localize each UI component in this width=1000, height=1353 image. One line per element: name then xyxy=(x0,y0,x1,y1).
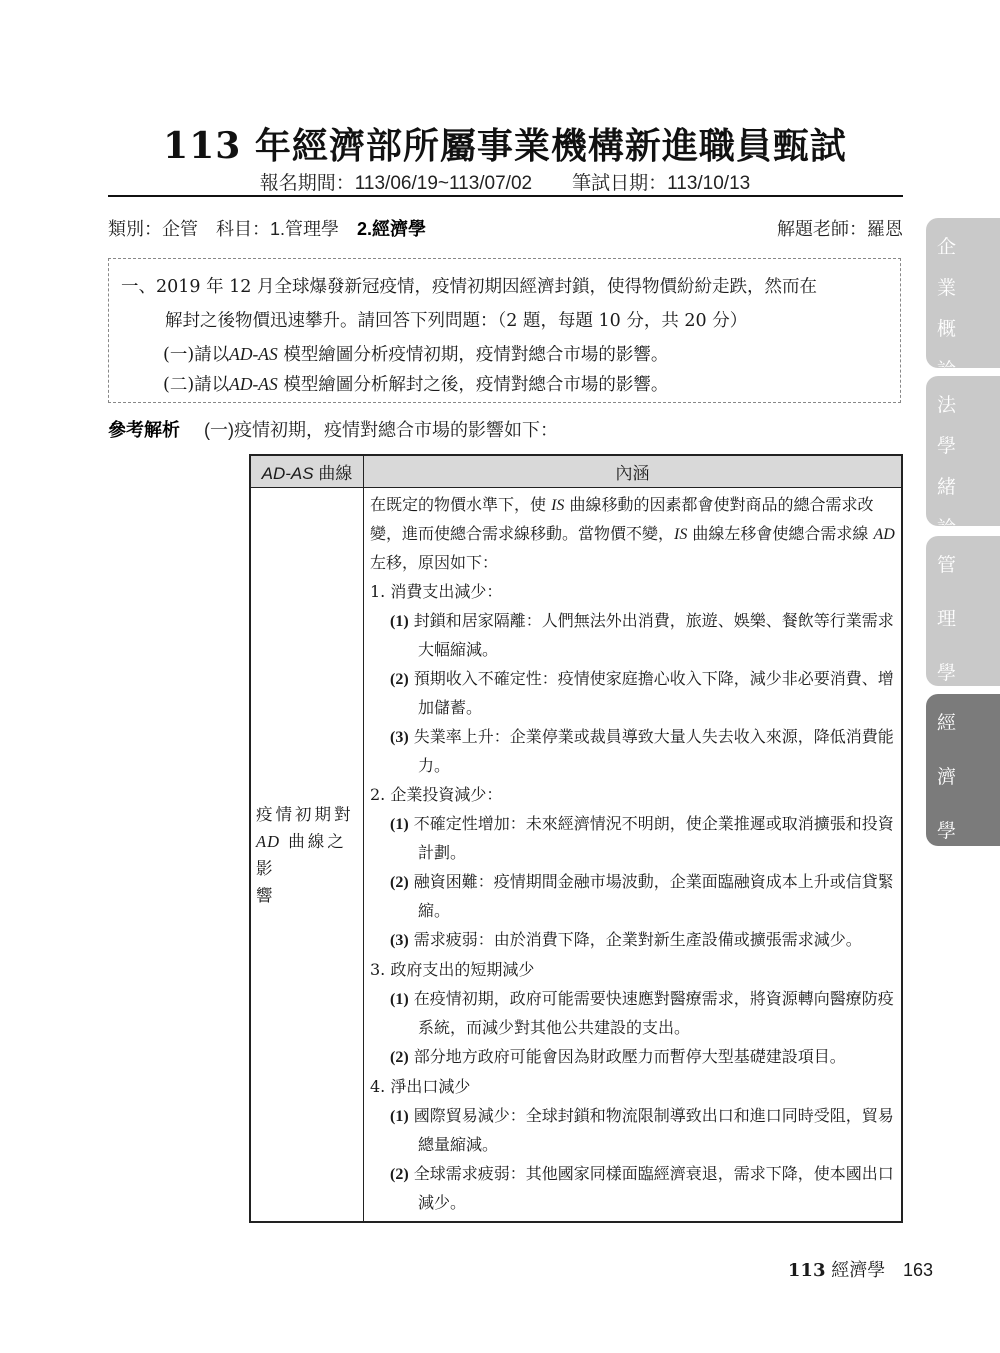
question-part-2: (二)請以AD-AS 模型繪圖分析解封之後，疫情對總合市場的影響。 xyxy=(163,371,668,396)
page-number: 163 xyxy=(903,1260,933,1280)
list-item: (3) 失業率上升：企業停業或裁員導致大量人失去收入來源，降低消費能力。 xyxy=(370,723,895,780)
exam-date: 筆試日期：113/10/13 xyxy=(572,168,750,195)
tab-business-overview[interactable]: 企業概論 xyxy=(926,218,1000,368)
question-line-1: 一、2019 年 12 月全球爆發新冠疫情，疫情初期因經濟封鎖，使得物價紛紛走跌… xyxy=(121,273,817,298)
list-item: (1) 在疫情初期，政府可能需要快速應對醫療需求，將資源轉向醫療防疫系統，而減少… xyxy=(370,985,895,1042)
section-heading: 1. 消費支出減少： xyxy=(370,578,895,606)
column-header-curve: AD-AS 曲線 xyxy=(250,455,364,488)
page-footer: 113 經濟學 163 xyxy=(788,1256,933,1282)
reference-label: 參考解析 xyxy=(108,420,180,440)
footer-subject: 經濟學 xyxy=(831,1260,885,1280)
list-item: (1) 封鎖和居家隔離：人們無法外出消費，旅遊、娛樂、餐飲等行業需求大幅縮減。 xyxy=(370,607,895,664)
tab-economics[interactable]: 經濟學 xyxy=(926,694,1000,846)
tab-management[interactable]: 管理學 xyxy=(926,536,1000,686)
registration-period: 報名期間：113/06/19~113/07/02 xyxy=(260,168,532,195)
teacher: 解題老師：羅恩 xyxy=(777,215,903,241)
list-item: (3) 需求疲弱：由於消費下降，企業對新生產設備或擴張需求減少。 xyxy=(370,926,895,955)
reference-intro: 參考解析(一)疫情初期，疫情對總合市場的影響如下： xyxy=(108,416,558,442)
question-line-2: 解封之後物價迅速攀升。請回答下列問題：（2 題，每題 10 分，共 20 分） xyxy=(165,307,747,332)
list-item: (2) 全球需求疲弱：其他國家同樣面臨經濟衰退，需求下降，使本國出口減少。 xyxy=(370,1160,895,1217)
column-header-content: 內涵 xyxy=(364,455,903,488)
title-divider xyxy=(108,195,903,197)
reference-text: (一)疫情初期，疫情對總合市場的影響如下： xyxy=(204,420,558,440)
list-item: (1) 國際貿易減少：全球封鎖和物流限制導致出口和進口同時受阻，貿易總量縮減。 xyxy=(370,1102,895,1159)
row-content: 在既定的物價水準下，使 IS 曲線移動的因素都會使對商品的總合需求改變，進而使總… xyxy=(364,488,903,1223)
section-heading: 4. 淨出口減少 xyxy=(370,1073,895,1101)
section-heading: 2. 企業投資減少： xyxy=(370,781,895,809)
page-title: 113 年經濟部所屬事業機構新進職員甄試 xyxy=(0,118,1000,169)
list-item: (2) 融資困難：疫情期間金融市場波動，企業面臨融資成本上升或信貸緊縮。 xyxy=(370,868,895,925)
row-header: 疫情初期對AD 曲線之影響 xyxy=(250,488,364,1223)
list-item: (1) 不確定性增加：未來經濟情況不明朗，使企業推遲或取消擴張和投資計劃。 xyxy=(370,810,895,867)
section-heading: 3. 政府支出的短期減少 xyxy=(370,956,895,984)
exam-meta: 類別：企管科目：1.管理學2.經濟學 xyxy=(108,215,426,241)
intro-paragraph: 在既定的物價水準下，使 IS 曲線移動的因素都會使對商品的總合需求改變，進而使總… xyxy=(370,491,895,577)
table-row: 疫情初期對AD 曲線之影響 在既定的物價水準下，使 IS 曲線移動的因素都會使對… xyxy=(250,488,902,1223)
footer-year: 113 xyxy=(788,1260,826,1281)
subject-current: 2.經濟學 xyxy=(357,219,426,239)
category: 類別：企管 xyxy=(108,219,198,239)
tab-law-intro[interactable]: 法學緒論 xyxy=(926,376,1000,526)
list-item: (2) 預期收入不確定性：疫情使家庭擔心收入下降，減少非必要消費、增加儲蓄。 xyxy=(370,665,895,722)
question-box: 一、2019 年 12 月全球爆發新冠疫情，疫情初期因經濟封鎖，使得物價紛紛走跌… xyxy=(108,258,901,403)
list-item: (2) 部分地方政府可能會因為財政壓力而暫停大型基礎建設項目。 xyxy=(370,1043,895,1072)
analysis-table: AD-AS 曲線 內涵 疫情初期對AD 曲線之影響 在既定的物價水準下，使 IS… xyxy=(249,454,903,1223)
exam-dates: 報名期間：113/06/19~113/07/02筆試日期：113/10/13 xyxy=(0,168,1000,195)
question-part-1: (一)請以AD-AS 模型繪圖分析疫情初期，疫情對總合市場的影響。 xyxy=(163,341,668,366)
subject-label: 科目：1.管理學 xyxy=(216,219,339,239)
